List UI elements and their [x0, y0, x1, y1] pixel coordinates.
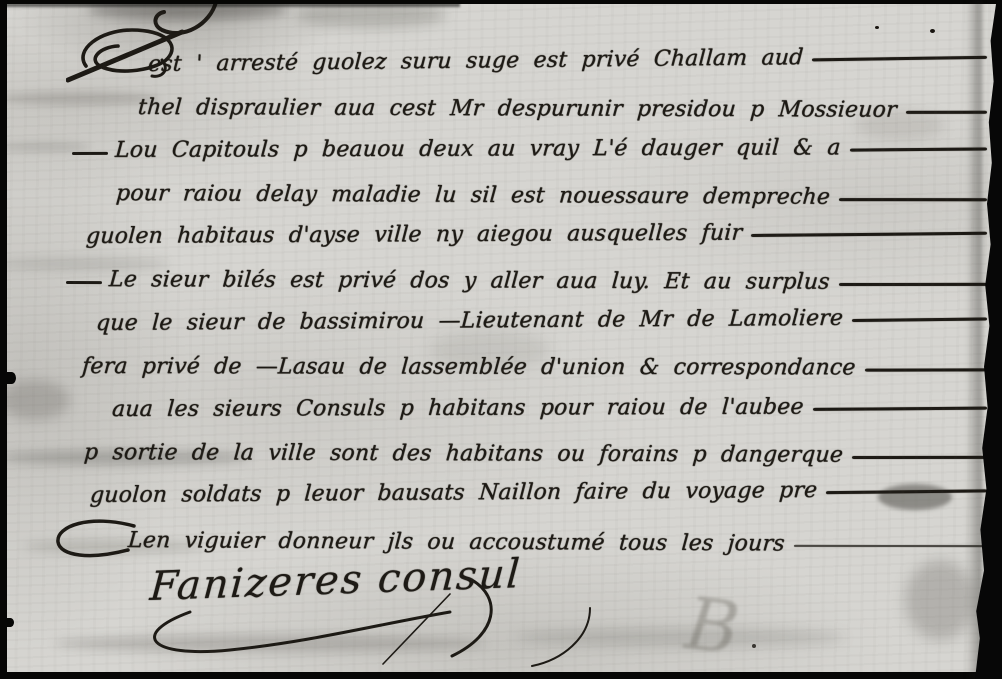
manuscript-line: aua les sieurs Consuls p habitans pour r… [112, 392, 987, 425]
ink-dot [930, 29, 935, 33]
trailing-line-filler [813, 407, 987, 411]
manuscript-line-text: aua les sieurs Consuls p habitans pour r… [111, 393, 805, 425]
trailing-line-filler [751, 232, 987, 237]
trailing-line-filler [812, 56, 987, 62]
ink-smudge [0, 380, 70, 420]
ink-smudge [515, 628, 845, 647]
manuscript-line: fera privé de —Lasau de lassemblée d'uni… [82, 352, 987, 384]
leading-line-filler [72, 152, 108, 155]
manuscript-line: est ' arresté guolez suru suge est privé… [148, 41, 987, 80]
line-lead-flourish [50, 516, 138, 562]
trailing-line-filler [794, 545, 987, 547]
manuscript-scan-page: B est ' arresté guolez suru suge est pri… [0, 0, 1002, 679]
ink-dot [752, 644, 756, 648]
trailing-line-filler [839, 283, 987, 286]
manuscript-line: Len viguier donneur jls ou accoustumé to… [128, 526, 987, 560]
manuscript-line-text: fera privé de —Lasau de lassemblée d'uni… [81, 352, 857, 383]
manuscript-line: guolen habitaus d'ayse ville ny aiegou a… [86, 217, 987, 252]
ink-smudge [0, 92, 160, 105]
manuscript-line: guolon soldats p leuor bausats Naillon f… [90, 475, 987, 511]
manuscript-line-text: guolen habitaus d'ayse ville ny aiegou a… [85, 219, 743, 252]
ink-dot [875, 26, 879, 29]
manuscript-line-text: que le sieur de bassimirou —Lieutenant d… [95, 304, 844, 339]
ink-smudge [55, 635, 485, 652]
manuscript-line: p sortie de la ville sont des habitans o… [84, 438, 987, 471]
manuscript-line: pour raiou delay maladie lu sil est noue… [116, 179, 987, 214]
scan-border-bottom [0, 672, 1002, 679]
scan-border-top-shadow [0, 3, 460, 7]
manuscript-line-text: p sortie de la ville sont des habitans o… [83, 438, 844, 471]
bleed-through-letter: B [681, 581, 744, 671]
manuscript-line-text: est ' arresté guolez suru suge est privé… [147, 43, 804, 80]
ink-smudge [905, 560, 975, 640]
leading-line-filler [66, 281, 102, 284]
scan-border-left [0, 0, 7, 679]
scan-border-notch [7, 618, 14, 627]
manuscript-line-text: pour raiou delay maladie lu sil est noue… [115, 179, 831, 213]
manuscript-line: que le sieur de bassimirou —Lieutenant d… [96, 303, 987, 339]
signature: Fanizeres consul [148, 551, 523, 610]
trailing-line-filler [839, 198, 987, 201]
manuscript-line-text: thel dispraulier aua cest Mr despurunir … [137, 93, 898, 126]
manuscript-line-text: Le sieur bilés est privé dos y aller aua… [108, 265, 831, 298]
manuscript-line-text: Lou Capitouls p beauou deux au vray L'é … [114, 133, 842, 166]
manuscript-line-text: guolon soldats p leuor bausats Naillon f… [89, 476, 818, 511]
scan-border-right-shadow [966, 0, 982, 679]
manuscript-line: thel dispraulier aua cest Mr despurunir … [138, 93, 987, 126]
scan-border-notch [7, 372, 16, 384]
trailing-line-filler [826, 489, 987, 494]
manuscript-line: Lou Capitouls p beauou deux au vray L'é … [72, 133, 987, 166]
manuscript-line: Le sieur bilés est privé dos y aller aua… [66, 265, 987, 298]
